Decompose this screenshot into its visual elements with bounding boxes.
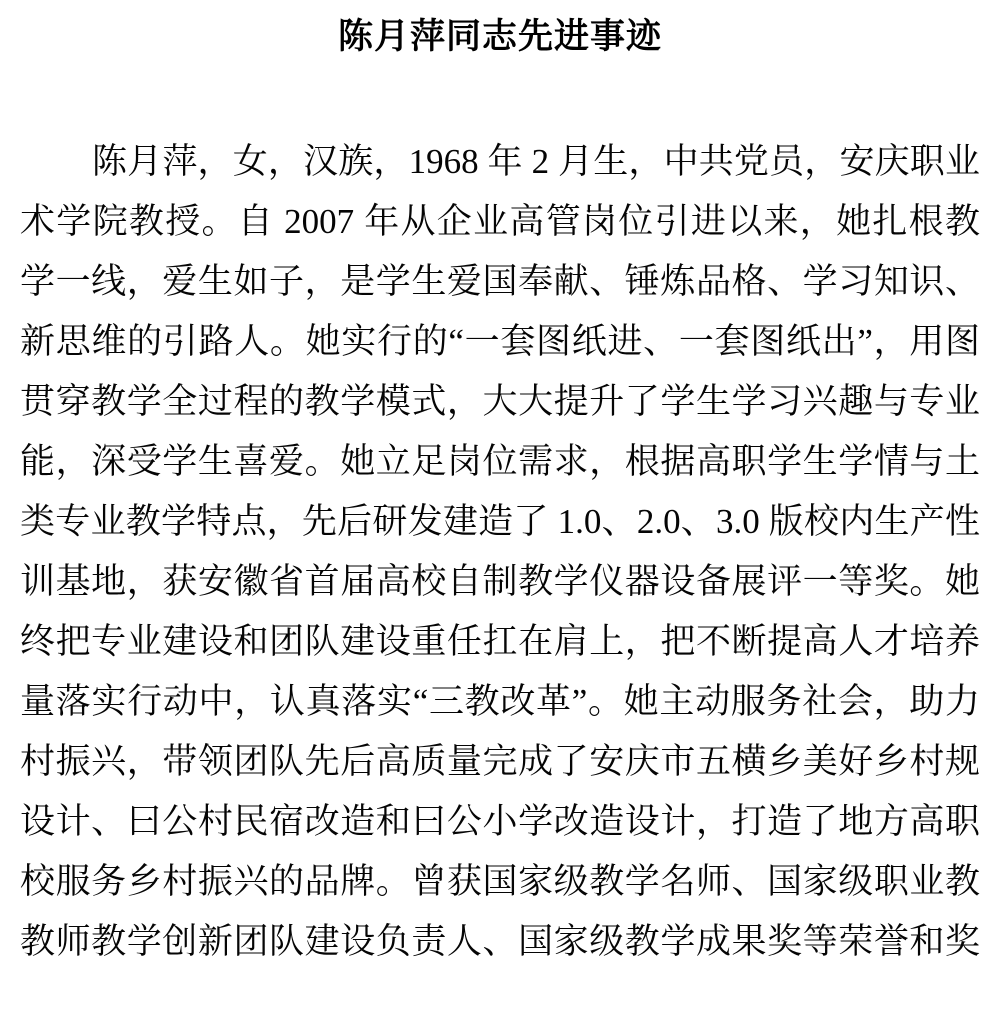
document-body: 陈月萍，女，汉族，1968 年 2 月生，中共党员，安庆职业技 术学院教授。自 … [0, 132, 1000, 972]
paragraph-line: 新思维的引路人。她实行的“一套图纸进、一套图纸出”，用图纸 [20, 312, 980, 372]
paragraph-line: 陈月萍，女，汉族，1968 年 2 月生，中共党员，安庆职业技 [20, 132, 980, 192]
paragraph-line: 类专业教学特点，先后研发建造了 1.0、2.0、3.0 版校内生产性实 [20, 492, 980, 552]
paragraph-line: 贯穿教学全过程的教学模式，大大提升了学生学习兴趣与专业技 [20, 372, 980, 432]
paragraph-line: 术学院教授。自 2007 年从企业高管岗位引进以来，她扎根教育教 [20, 192, 980, 252]
paragraph-line: 能，深受学生喜爱。她立足岗位需求，根据高职学生学情与土建 [20, 432, 980, 492]
paragraph-line: 设计、曰公村民宿改造和曰公小学改造设计，打造了地方高职院 [20, 792, 980, 852]
paragraph-line: 教师教学创新团队建设负责人、国家级教学成果奖等荣誉和奖项。 [20, 912, 980, 972]
paragraph-line: 终把专业建设和团队建设重任扛在肩上，把不断提高人才培养质 [20, 612, 980, 672]
paragraph-line: 量落实行动中，认真落实“三教改革”。她主动服务社会，助力乡 [20, 672, 980, 732]
paragraph-line: 村振兴，带领团队先后高质量完成了安庆市五横乡美好乡村规划 [20, 732, 980, 792]
document-page: 陈月萍同志先进事迹 陈月萍，女，汉族，1968 年 2 月生，中共党员，安庆职业… [0, 0, 1000, 1009]
paragraph-line: 学一线，爱生如子，是学生爱国奉献、锤炼品格、学习知识、创 [20, 252, 980, 312]
paragraph-line: 校服务乡村振兴的品牌。曾获国家级教学名师、国家级职业教育 [20, 852, 980, 912]
document-title: 陈月萍同志先进事迹 [0, 0, 1000, 58]
paragraph-line: 训基地，获安徽省首届高校自制教学仪器设备展评一等奖。她始 [20, 552, 980, 612]
